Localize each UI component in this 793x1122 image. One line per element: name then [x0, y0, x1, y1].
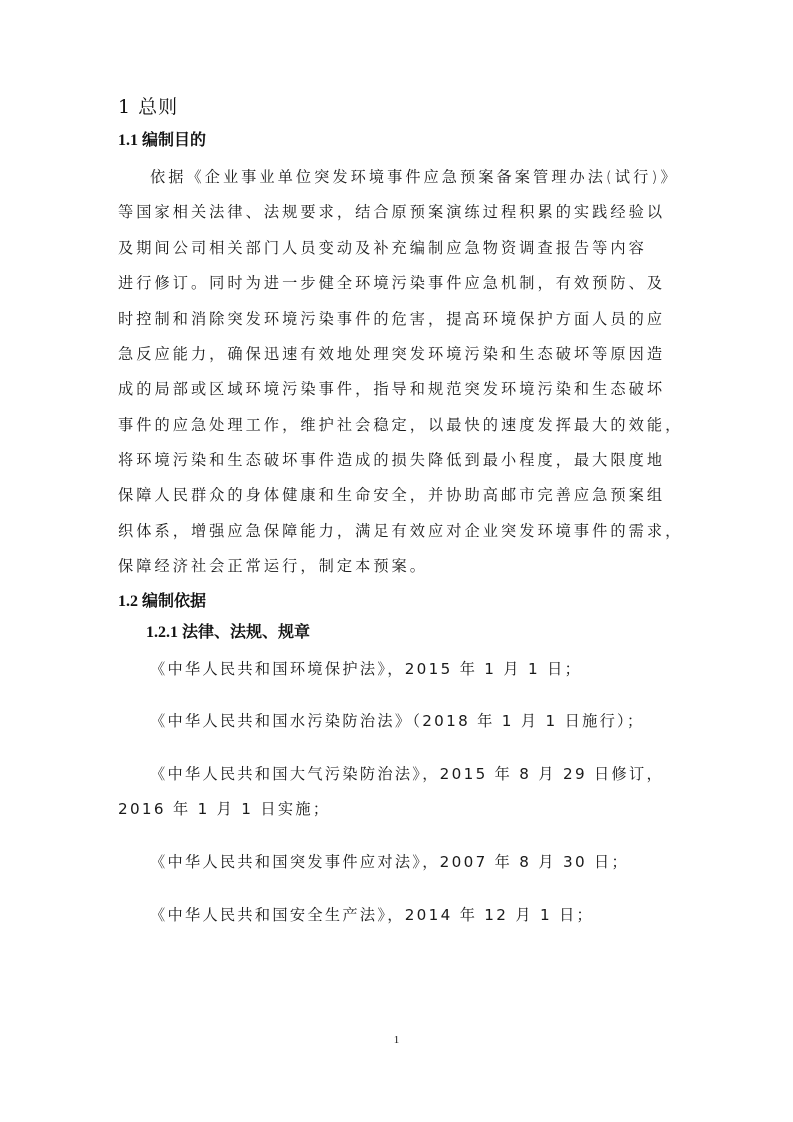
paragraph-line: 保障人民群众的身体健康和生命安全，并协助高邮市完善应急预案组	[118, 488, 665, 503]
paragraph-line: 成的局部或区域环境污染事件，指导和规范突发环境污染和生态破坏	[118, 382, 665, 397]
law-item: 《中华人民共和国突发事件应对法》，2007 年 8 月 30 日；	[150, 855, 629, 870]
paragraph-line: 及期间公司相关部门人员变动及补充编制应急物资调查报告等内容	[118, 241, 647, 256]
page-number: 1	[0, 1034, 793, 1046]
law-item: 《中华人民共和国环境保护法》，2015 年 1 月 1 日；	[150, 662, 582, 677]
paragraph-line: 等国家相关法律、法规要求，结合原预案演练过程积累的实践经验以	[118, 205, 665, 220]
chapter-title: 1 总则	[118, 98, 178, 117]
paragraph-line: 进行修订。同时为进一步健全环境污染事件应急机制，有效预防、及	[118, 276, 665, 291]
law-item: 《中华人民共和国安全生产法》，2014 年 12 月 1 日；	[150, 908, 594, 923]
paragraph-line: 保障经济社会正常运行，制定本预案。	[118, 559, 428, 574]
law-item-continuation: 2016 年 1 月 1 日实施；	[118, 802, 330, 817]
paragraph-line: 事件的应急处理工作，维护社会稳定，以最快的速度发挥最大的效能，	[118, 418, 683, 433]
paragraph-line: 急反应能力，确保迅速有效地处理突发环境污染和生态破坏等原因造	[118, 347, 665, 362]
paragraph-line: 织体系，增强应急保障能力，满足有效应对企业突发环境事件的需求，	[118, 524, 683, 539]
law-item: 《中华人民共和国大气污染防治法》，2015 年 8 月 29 日修订，	[150, 767, 664, 782]
subsection-heading-1-2-1: 1.2.1 法律、法规、规章	[146, 625, 310, 641]
law-item: 《中华人民共和国水污染防治法》（2018 年 1 月 1 日施行）；	[150, 714, 644, 729]
section-heading-1-1: 1.1 编制目的	[118, 133, 206, 149]
paragraph-line: 依据《企业事业单位突发环境事件应急预案备案管理办法(试行)》	[150, 170, 679, 185]
section-heading-1-2: 1.2 编制依据	[118, 594, 206, 610]
paragraph-line: 将环境污染和生态破坏事件造成的损失降低到最小程度，最大限度地	[118, 453, 665, 468]
paragraph-line: 时控制和消除突发环境污染事件的危害，提高环境保护方面人员的应	[118, 312, 665, 327]
